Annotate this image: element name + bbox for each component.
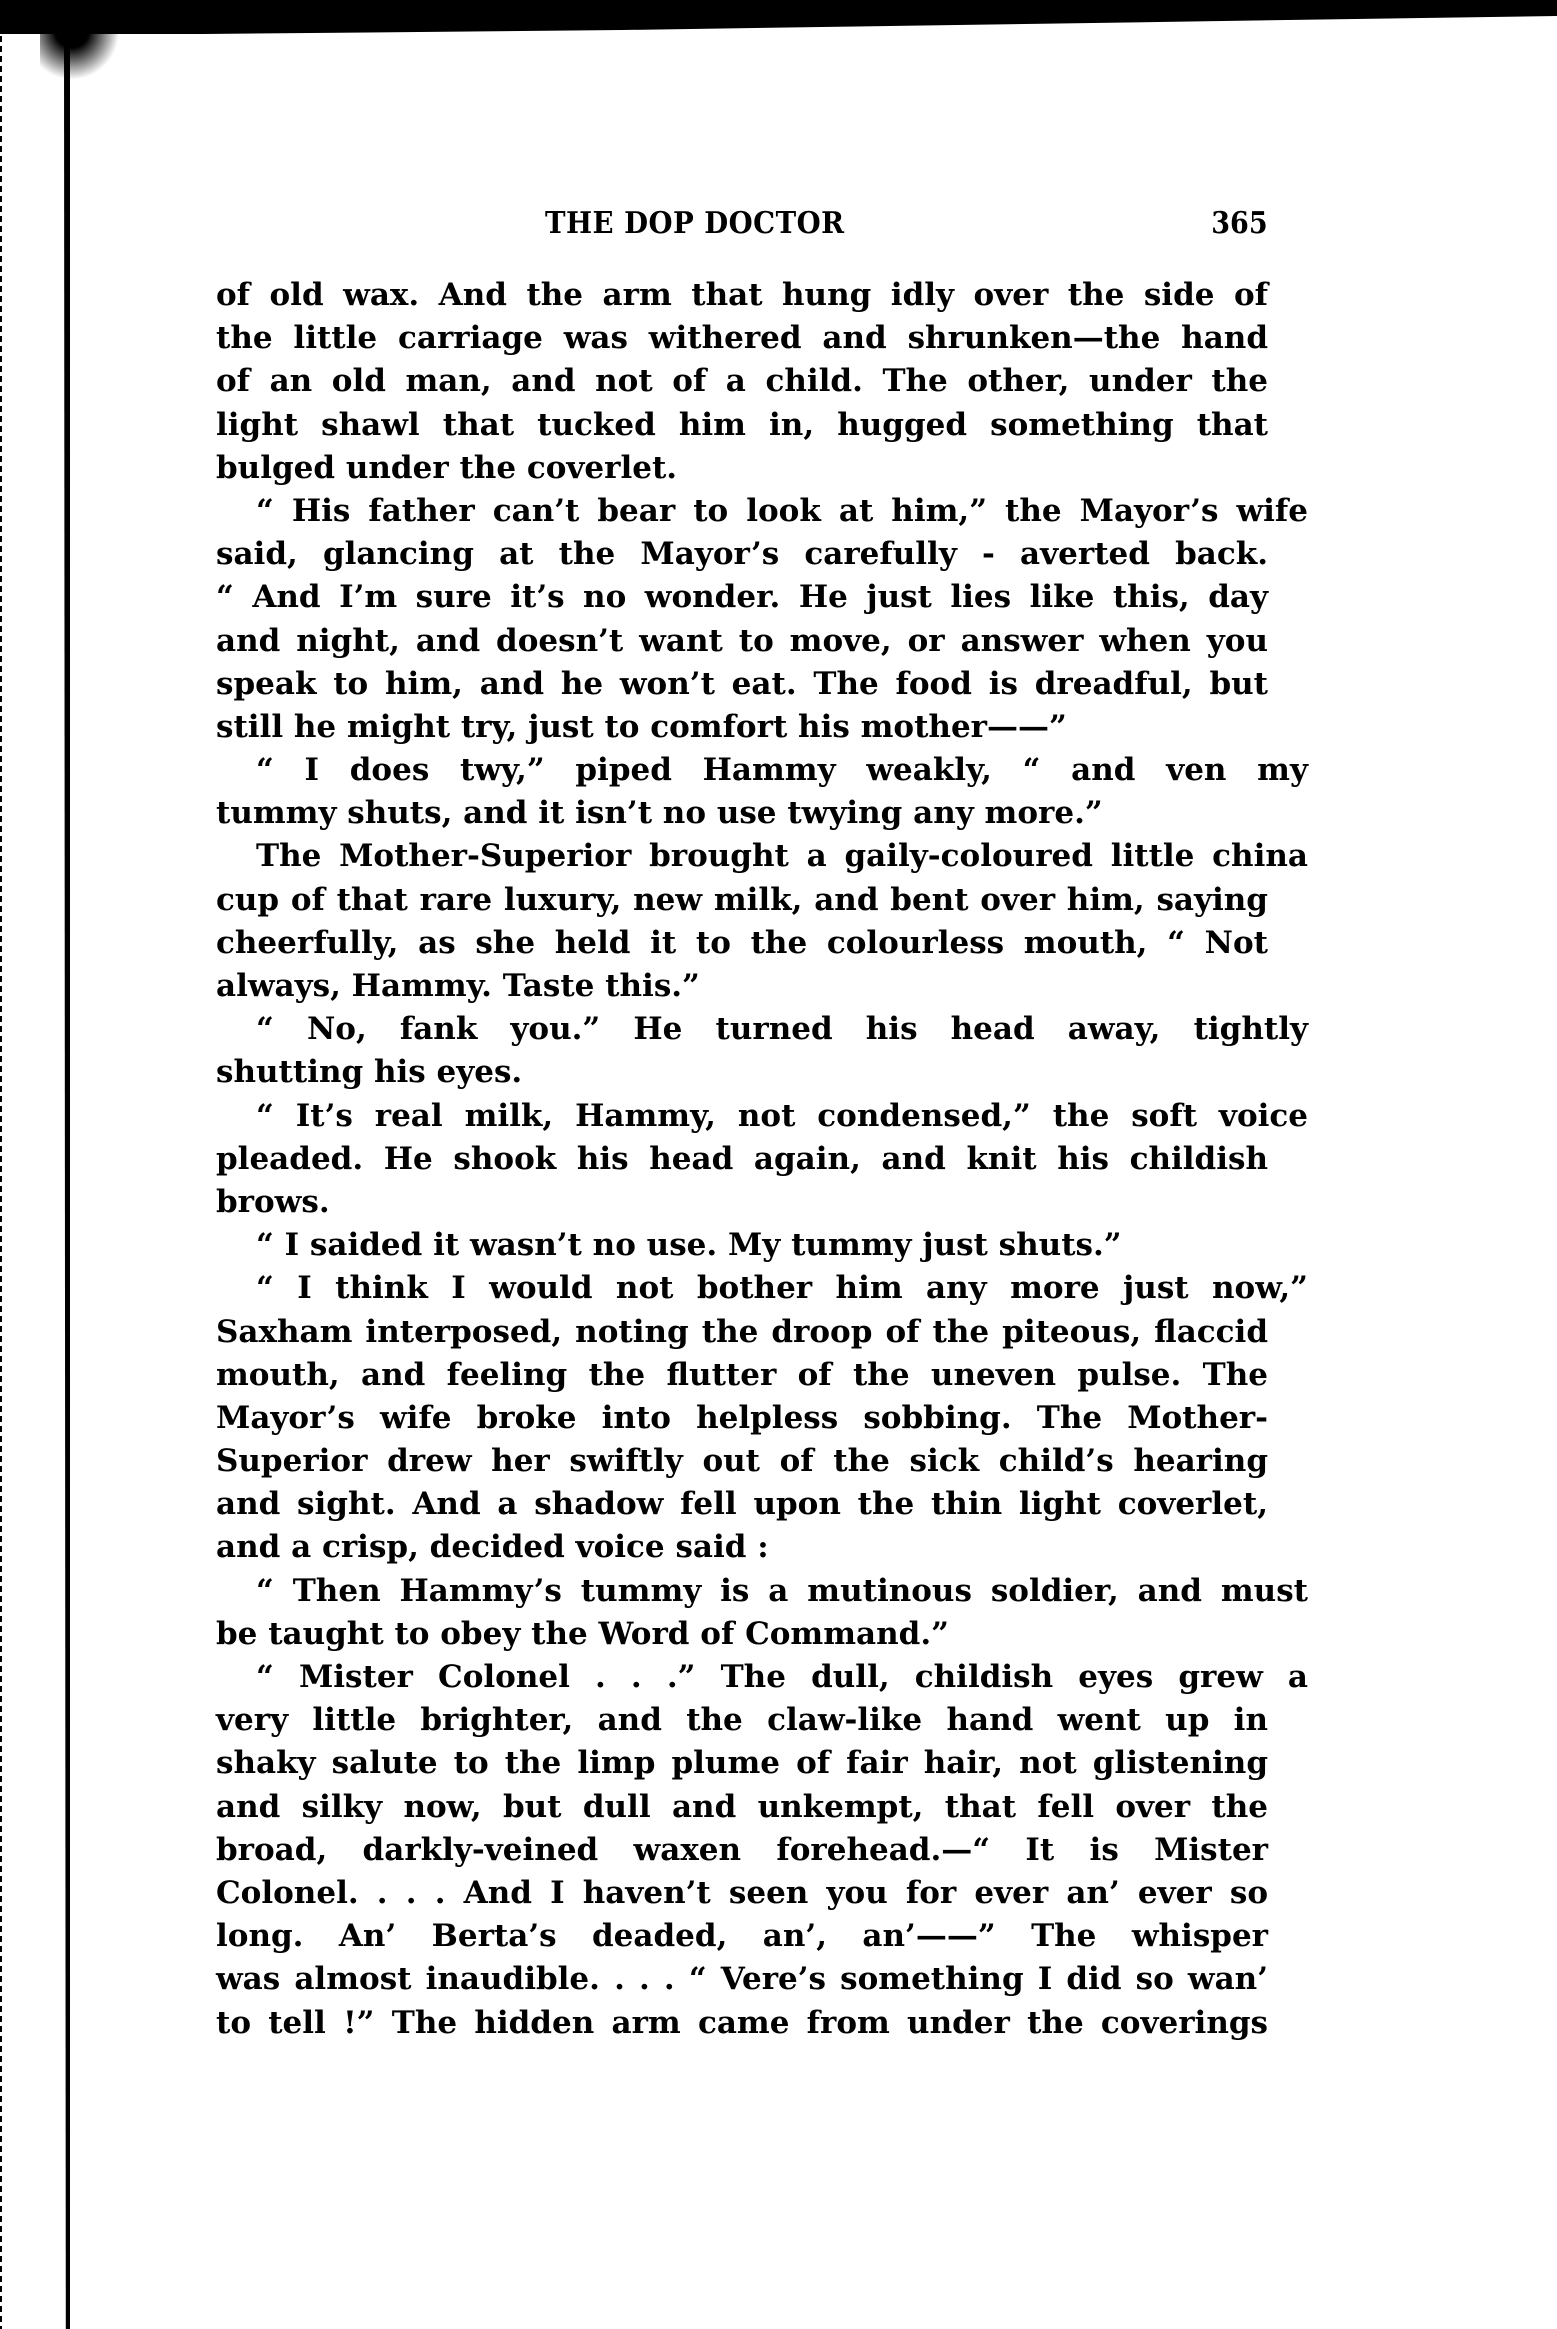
text-line: still he might try, just to comfort his …	[216, 706, 1268, 749]
text-line: mouth, and feeling the flutter of the un…	[216, 1354, 1268, 1397]
text-line: “ And I’m sure it’s no wonder. He just l…	[216, 576, 1268, 619]
text-line: “ No, fank you.” He turned his head away…	[216, 1008, 1308, 1051]
text-line: Mayor’s wife broke into helpless sobbing…	[216, 1397, 1268, 1440]
book-page: THE DOP DOCTOR 365 of old wax. And the a…	[0, 0, 1557, 2329]
text-line: was almost inaudible. . . . “ Vere’s som…	[216, 1958, 1268, 2001]
text-line: light shawl that tucked him in, hugged s…	[216, 404, 1268, 447]
text-line: and night, and doesn’t want to move, or …	[216, 620, 1268, 663]
text-line: Saxham interposed, noting the droop of t…	[216, 1311, 1268, 1354]
text-line: Colonel. . . . And I haven’t seen you fo…	[216, 1872, 1268, 1915]
text-line: long. An’ Berta’s deaded, an’, an’——” Th…	[216, 1915, 1268, 1958]
body-text: of old wax. And the arm that hung idly o…	[216, 274, 1268, 2045]
text-line: Superior drew her swiftly out of the sic…	[216, 1440, 1268, 1483]
text-line: “ I saided it wasn’t no use. My tummy ju…	[216, 1224, 1268, 1267]
text-line: and a crisp, decided voice said :	[216, 1526, 1268, 1569]
text-line: “ I think I would not bother him any mor…	[216, 1267, 1308, 1310]
text-line: pleaded. He shook his head again, and kn…	[216, 1138, 1268, 1181]
text-line: “ It’s real milk, Hammy, not condensed,”…	[216, 1095, 1308, 1138]
page-number: 365	[1212, 206, 1268, 241]
text-line: tummy shuts, and it isn’t no use twying …	[216, 792, 1268, 835]
text-line: “ I does twy,” piped Hammy weakly, “ and…	[216, 749, 1308, 792]
running-header: THE DOP DOCTOR 365	[216, 206, 1268, 250]
text-line: brows.	[216, 1181, 1268, 1224]
text-line: cheerfully, as she held it to the colour…	[216, 922, 1268, 965]
text-line: always, Hammy. Taste this.”	[216, 965, 1268, 1008]
running-header-title: THE DOP DOCTOR	[545, 206, 845, 241]
text-line: be taught to obey the Word of Command.”	[216, 1613, 1268, 1656]
text-line: and silky now, but dull and unkempt, tha…	[216, 1786, 1268, 1829]
text-line: “ His father can’t bear to look at him,”…	[216, 490, 1308, 533]
text-line: “ Then Hammy’s tummy is a mutinous soldi…	[216, 1570, 1308, 1613]
text-line: The Mother-Superior brought a gaily-colo…	[216, 835, 1308, 878]
text-line: cup of that rare luxury, new milk, and b…	[216, 879, 1268, 922]
text-line: said, glancing at the Mayor’s carefully …	[216, 533, 1268, 576]
text-line: very little brighter, and the claw-like …	[216, 1699, 1268, 1742]
text-line: bulged under the coverlet.	[216, 447, 1268, 490]
text-line: broad, darkly-veined waxen forehead.—“ I…	[216, 1829, 1268, 1872]
text-line: speak to him, and he won’t eat. The food…	[216, 663, 1268, 706]
text-line: of an old man, and not of a child. The o…	[216, 360, 1268, 403]
text-line: and sight. And a shadow fell upon the th…	[216, 1483, 1268, 1526]
text-line: to tell !” The hidden arm came from unde…	[216, 2002, 1268, 2045]
text-line: the little carriage was withered and shr…	[216, 317, 1268, 360]
text-line: shutting his eyes.	[216, 1051, 1268, 1094]
text-line: “ Mister Colonel . . .” The dull, childi…	[216, 1656, 1308, 1699]
text-line: of old wax. And the arm that hung idly o…	[216, 274, 1268, 317]
text-line: shaky salute to the limp plume of fair h…	[216, 1742, 1268, 1785]
